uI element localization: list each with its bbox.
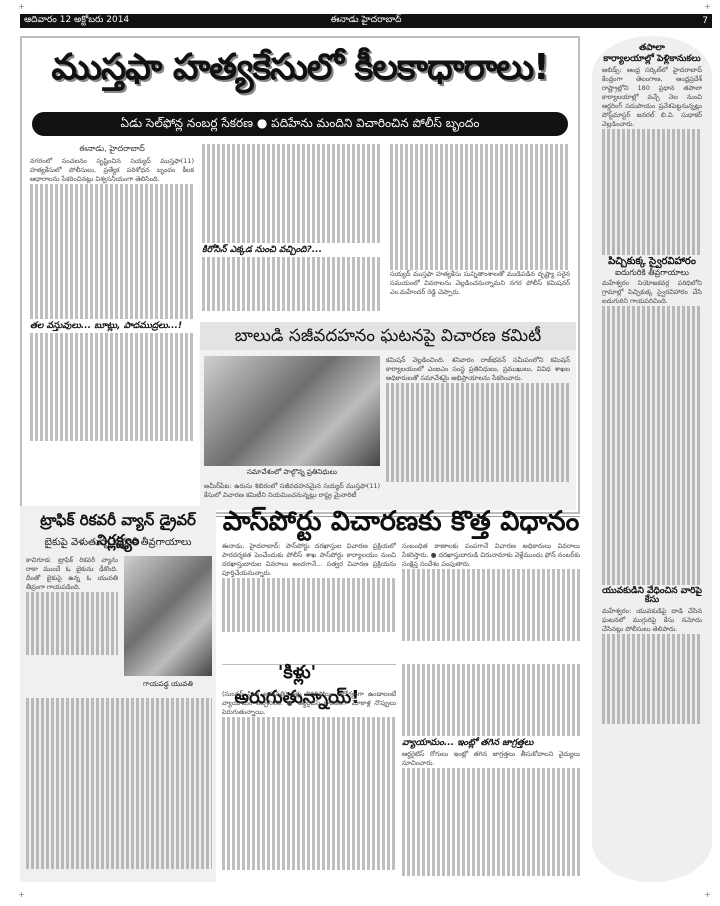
lead-story: ముస్తఫా హత్యకేసులో కీలకాధారాలు! ఏడు సెల్… [20, 36, 580, 514]
committee-story: బాలుడి సజీవదహనం ఘటనపై విచారణ కమిటీ సమావే… [200, 322, 576, 510]
traffic-photo-caption: గాయపడ్డ యువతి [124, 680, 212, 690]
page-header-bar: ఆదివారం 12 అక్టోబరు 2014 ఈనాడు హైదరాబాద్… [20, 14, 712, 28]
committee-headline: బాలుడి సజీవదహనం ఘటనపై విచారణ కమిటీ [200, 322, 576, 350]
passport-column-1: ఈనాడు, హైదరాబాద్: పాస్‌పోర్టు దరఖాస్తుల … [222, 542, 396, 660]
committee-photo-caption: సమావేశంలో పాల్గొన్న ప్రతినిధులు [204, 468, 380, 478]
traffic-story: ట్రాఫిక్ రికవరీ వ్యాన్ డ్రైవర్ నిర్లక్ష్… [20, 506, 216, 882]
sidebar-section-3-title: యువకుడిని వేధించిన వారిపై కేసు [602, 587, 702, 605]
lead-body-1: నగరంలో సంచలనం సృష్టించిన సయ్యద్ ముస్తఫా(… [30, 157, 194, 184]
lead-subhead-1: తల వస్తువులు... బూట్లు, పాదముద్రలు...! [30, 322, 194, 331]
lead-column-1: ఈనాడు, హైదరాబాద్ నగరంలో సంచలనం సృష్టించి… [30, 144, 194, 508]
sidebar-content: తపాలా కార్యాలయాల్లో పెళ్లికానుకలు అబిడ్స… [602, 42, 702, 876]
injured-woman-photo [124, 556, 212, 676]
kills-column-1: (సుందర్ సింగ్ ఆసుపత్రి) కీళ్లు విరిగిపోయ… [222, 690, 396, 882]
sidebar-section-2-title: పిచ్చికుక్క స్వైరవిహారం [602, 257, 702, 266]
committee-body: కమిషన్ వెల్లడించింది. శనివారం రాజ్‌భవన్ … [386, 356, 570, 506]
traffic-body-narrow: కాచిగూడ: ట్రాఫిక్ రికవరీ వ్యాను రాకా ముం… [26, 556, 118, 696]
sidebar-body-1: అబిడ్స్: ఆంధ్ర సర్కిల్‌లో హైదరాబాద్ కేంద… [602, 66, 702, 129]
sidebar-section-2-sub: ఐదుగురికి తీవ్రగాయాలు [602, 268, 702, 277]
committee-meeting-photo [204, 356, 380, 466]
passport-column-2: సంబంధిత ఠాణాలకు పంపగానే విచారణ అధికారులు… [402, 542, 580, 660]
kills-subhead: వ్యాయామం... ఇంట్లో తగిన జాగ్రత్తలు [402, 739, 580, 748]
traffic-subheadline: బైకుపై వెళుతున్న ఇద్దరికి తీవ్రగాయాలు [24, 536, 212, 550]
page-date: ఆదివారం 12 అక్టోబరు 2014 [24, 15, 129, 27]
crop-mark: + [18, 890, 25, 899]
lead-column-2: కిరోసిన్ ఎక్కడ నుంచి వచ్చింది?... [202, 144, 382, 314]
crop-mark: + [704, 2, 711, 11]
crop-mark: + [18, 2, 25, 11]
sidebar-body-3: మహేశ్వరం: యువకుడిపై దాడి చేసిన ఘటనలో ముగ… [602, 607, 702, 634]
sidebar-title: తపాలా [602, 44, 702, 53]
sidebar-body-2: మహేశ్వరం నియోజకవర్గ పరిధిలోని గ్రామాల్లో… [602, 279, 702, 306]
passport-headline: పాస్‌పోర్టు విచారణకు కొత్త విధానం [222, 504, 580, 540]
page-number: 7 [702, 16, 708, 26]
lead-subheadline: ఏడు సెల్‌ఫోన్ల నంబర్ల సేకరణ ● పదిహేను మం… [32, 112, 568, 136]
sidebar-subtitle: కార్యాలయాల్లో పెళ్లికానుకలు [602, 55, 702, 64]
sidebar-story: తపాలా కార్యాలయాల్లో పెళ్లికానుకలు అబిడ్స… [592, 36, 712, 882]
traffic-body-wide [26, 698, 212, 878]
lead-dateline: ఈనాడు, హైదరాబాద్ [30, 144, 194, 153]
lead-body-2: సయ్యద్ ముస్తఫా హత్యకేసు సున్నితాంశాలతో మ… [390, 270, 570, 297]
kills-column-2: వ్యాయామం... ఇంట్లో తగిన జాగ్రత్తలు ఆర్థర… [402, 664, 580, 882]
crop-mark: + [704, 890, 711, 899]
lead-column-3: సయ్యద్ ముస్తఫా హత్యకేసు సున్నితాంశాలతో మ… [390, 144, 570, 314]
lead-headline: ముస్తఫా హత్యకేసులో కీలకాధారాలు! [32, 44, 568, 92]
lead-subhead-2: కిరోసిన్ ఎక్కడ నుంచి వచ్చింది?... [202, 246, 382, 255]
